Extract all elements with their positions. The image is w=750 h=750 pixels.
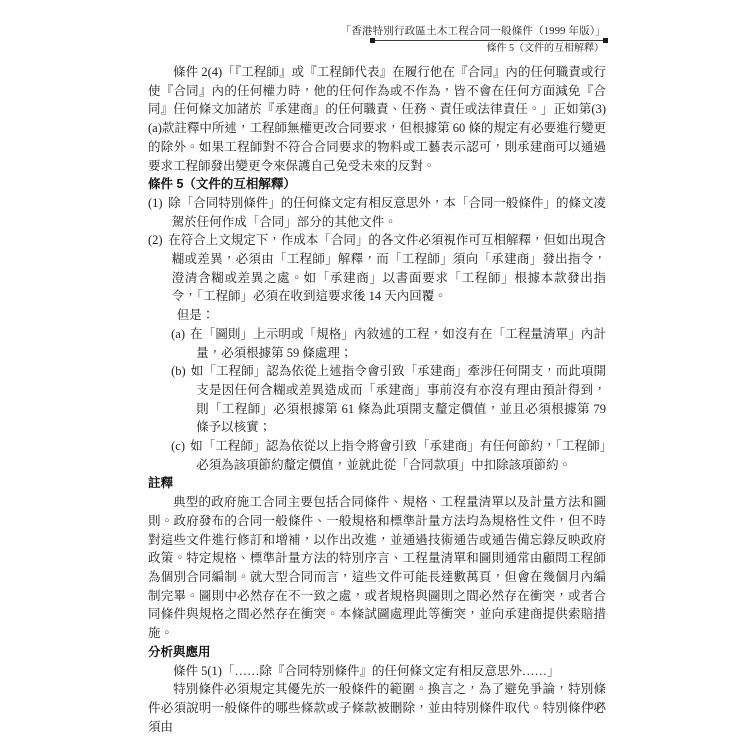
analysis-heading: 分析與應用 [148, 643, 606, 662]
clause-5-heading: 條件 5（文件的互相解釋） [148, 175, 606, 194]
page-number: 007 [148, 701, 606, 712]
subclause-c-marker: (c) [171, 439, 185, 453]
header-rule [372, 40, 606, 41]
subclause-item-a: (a)在「圖則」上示明或「規格」內敘述的工程，如沒有在「工程量清單」內計量，必須… [171, 325, 606, 362]
subclause-a-marker: (a) [171, 327, 185, 341]
page-inner: 「香港特別行政區土木工程合同一般條件（1999 年版）」 條件 5（文件的互相解… [148, 25, 606, 736]
clause-2-text: 在符合上文規定下，作成本「合同」的各文件必須視作可互相解釋，但如出現含糊或差異，… [168, 233, 606, 303]
clause-1-text: 除「合同特別條件」的任何條文定有相反意思外，本「合同一般條件」的條文凌駕於任何作… [168, 196, 606, 229]
rule-right-square-icon [603, 38, 608, 43]
subclause-b-marker: (b) [171, 364, 186, 378]
rule-left-square-icon [370, 38, 375, 43]
running-header: 「香港特別行政區土木工程合同一般條件（1999 年版）」 條件 5（文件的互相解… [148, 25, 606, 56]
subclause-b-text: 如「工程師」認為依從上述指令會引致「承建商」牽涉任何開支，而此項開支是因任何含糊… [191, 364, 606, 434]
notes-paragraph: 典型的政府施工合同主要包括合同條件、規格、工程量清單以及計量方法和圖則。政府發布… [148, 493, 606, 643]
running-header-section-title: 條件 5（文件的互相解釋） [148, 42, 606, 56]
subclause-item-b: (b)如「工程師」認為依從上述指令會引致「承建商」牽涉任何開支，而此項開支是因任… [171, 362, 606, 437]
document-page: 「香港特別行政區土木工程合同一般條件（1999 年版）」 條件 5（文件的互相解… [0, 0, 750, 750]
analysis-quote: 條件 5(1)「……除『合同特別條件』的任何條文定有相反意思外……」 [148, 662, 606, 681]
clause-1-marker: (1) [148, 196, 163, 210]
subclause-c-text: 如「工程師」認為依從以上指令將會引致「承建商」有任何節約，「工程師」必須為該項節… [190, 439, 606, 472]
text-block: 條件 2(4)「『工程師』或『工程師代表』在履行他在『合同』內的任何職責或行使『… [148, 63, 606, 736]
subclause-item-c: (c)如「工程師」認為依從以上指令將會引致「承建商」有任何節約，「工程師」必須為… [171, 437, 606, 474]
clause-item-2: (2)在符合上文規定下，作成本「合同」的各文件必須視作可互相解釋，但如出現含糊或… [148, 231, 606, 306]
however-line: 但是： [148, 306, 606, 325]
subclause-a-text: 在「圖則」上示明或「規格」內敘述的工程，如沒有在「工程量清單」內計量，必須根據第… [190, 327, 606, 360]
running-header-book-title: 「香港特別行政區土木工程合同一般條件（1999 年版）」 [148, 25, 606, 39]
notes-heading: 註釋 [148, 474, 606, 493]
intro-paragraph: 條件 2(4)「『工程師』或『工程師代表』在履行他在『合同』內的任何職責或行使『… [148, 63, 606, 175]
clause-item-1: (1)除「合同特別條件」的任何條文定有相反意思外，本「合同一般條件」的條文凌駕於… [148, 194, 606, 231]
clause-2-marker: (2) [148, 233, 163, 247]
